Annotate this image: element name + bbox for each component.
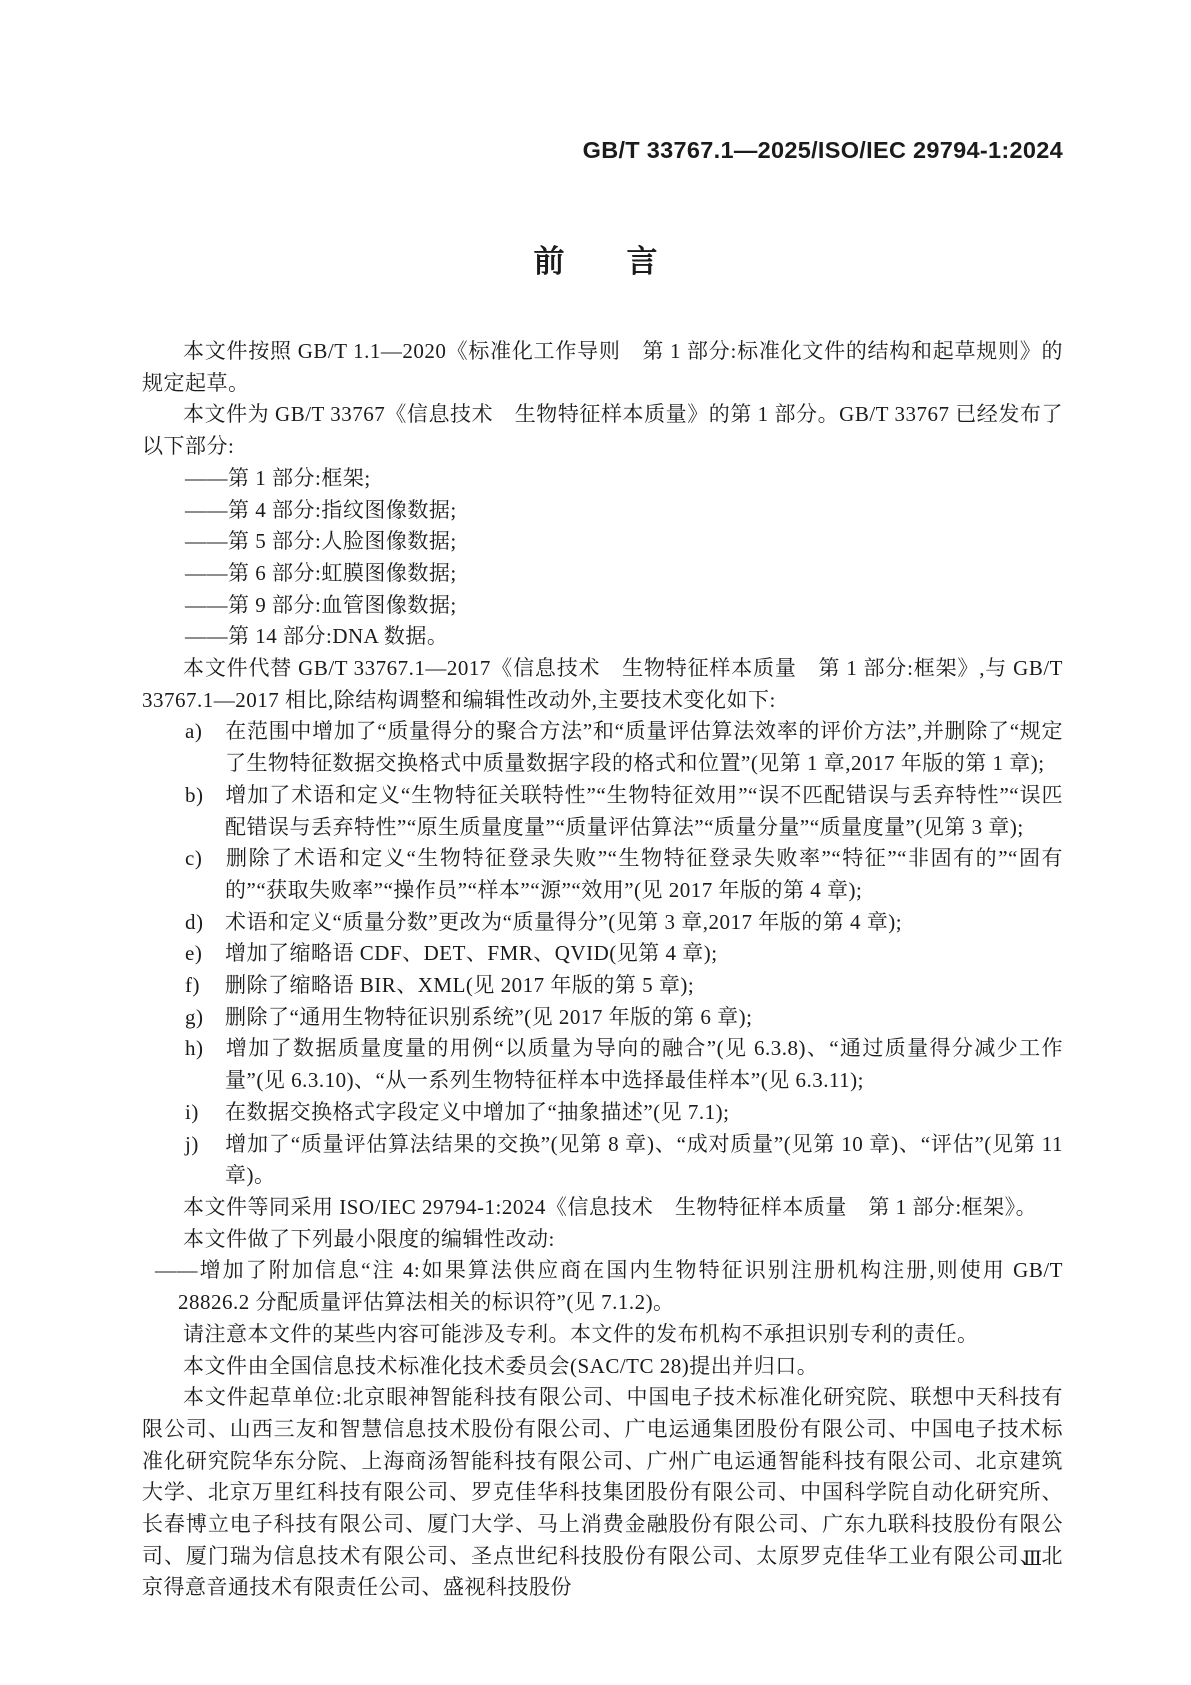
- dash-list-item: ——第 9 部分:血管图像数据;: [142, 590, 1063, 622]
- list-item-text: 增加了缩略语 CDF、DET、FMR、QVID(见第 4 章);: [225, 941, 718, 965]
- lettered-list-item: d)术语和定义“质量分数”更改为“质量得分”(见第 3 章,2017 年版的第 …: [142, 907, 1063, 939]
- list-item-label: c): [185, 843, 225, 875]
- lettered-list-item: i)在数据交换格式字段定义中增加了“抽象描述”(见 7.1);: [142, 1097, 1063, 1129]
- standard-number-header: GB/T 33767.1—2025/ISO/IEC 29794-1:2024: [142, 137, 1063, 164]
- paragraph: 本文件做了下列最小限度的编辑性改动:: [142, 1224, 1063, 1256]
- lettered-list-item: a)在范围中增加了“质量得分的聚合方法”和“质量评估算法效率的评价方法”,并删除…: [142, 716, 1063, 779]
- lettered-list-item: b)增加了术语和定义“生物特征关联特性”“生物特征效用”“误不匹配错误与丢弃特性…: [142, 780, 1063, 843]
- list-item-text: 在数据交换格式字段定义中增加了“抽象描述”(见 7.1);: [225, 1100, 729, 1124]
- list-item-text: 在范围中增加了“质量得分的聚合方法”和“质量评估算法效率的评价方法”,并删除了“…: [225, 719, 1063, 775]
- list-item-text: 增加了数据质量度量的用例“以质量为导向的融合”(见 6.3.8)、“通过质量得分…: [225, 1036, 1063, 1092]
- lettered-list-item: j)增加了“质量评估算法结果的交换”(见第 8 章)、“成对质量”(见第 10 …: [142, 1129, 1063, 1192]
- lettered-list-item: h)增加了数据质量度量的用例“以质量为导向的融合”(见 6.3.8)、“通过质量…: [142, 1033, 1063, 1096]
- list-item-label: a): [185, 716, 225, 748]
- list-item-label: j): [185, 1129, 225, 1161]
- list-item-text: 删除了缩略语 BIR、XML(见 2017 年版的第 5 章);: [225, 973, 694, 997]
- list-item-label: i): [185, 1097, 225, 1129]
- list-item-text: 术语和定义“质量分数”更改为“质量得分”(见第 3 章,2017 年版的第 4 …: [225, 910, 902, 934]
- paragraph: 本文件为 GB/T 33767《信息技术 生物特征样本质量》的第 1 部分。GB…: [142, 399, 1063, 462]
- list-item-label: f): [185, 970, 225, 1002]
- page-number: Ⅲ: [142, 1546, 1042, 1571]
- document-page: GB/T 33767.1—2025/ISO/IEC 29794-1:2024 前…: [0, 0, 1191, 1685]
- dash-list-item: ——第 1 部分:框架;: [142, 463, 1063, 495]
- paragraph: 本文件代替 GB/T 33767.1—2017《信息技术 生物特征样本质量 第 …: [142, 653, 1063, 716]
- list-item-text: 增加了“质量评估算法结果的交换”(见第 8 章)、“成对质量”(见第 10 章)…: [225, 1132, 1063, 1188]
- dash-list-item: ——第 5 部分:人脸图像数据;: [142, 526, 1063, 558]
- foreword-body: 本文件按照 GB/T 1.1—2020《标准化工作导则 第 1 部分:标准化文件…: [142, 336, 1063, 1604]
- list-item-text: 增加了术语和定义“生物特征关联特性”“生物特征效用”“误不匹配错误与丢弃特性”“…: [225, 783, 1063, 839]
- lettered-list-item: e)增加了缩略语 CDF、DET、FMR、QVID(见第 4 章);: [142, 938, 1063, 970]
- list-item-text: 删除了术语和定义“生物特征登录失败”“生物特征登录失败率”“特征”“非固有的”“…: [225, 846, 1063, 902]
- paragraph: 本文件由全国信息技术标准化技术委员会(SAC/TC 28)提出并归口。: [142, 1351, 1063, 1383]
- dash-list-item: ——增加了附加信息“注 4:如果算法供应商在国内生物特征识别注册机构注册,则使用…: [142, 1255, 1063, 1318]
- paragraph: 请注意本文件的某些内容可能涉及专利。本文件的发布机构不承担识别专利的责任。: [142, 1319, 1063, 1351]
- list-item-label: b): [185, 780, 225, 812]
- paragraph: 本文件按照 GB/T 1.1—2020《标准化工作导则 第 1 部分:标准化文件…: [142, 336, 1063, 399]
- list-item-label: g): [185, 1002, 225, 1034]
- foreword-title: 前 言: [0, 243, 1191, 281]
- dash-list-item: ——第 4 部分:指纹图像数据;: [142, 495, 1063, 527]
- list-item-label: e): [185, 938, 225, 970]
- lettered-list-item: c)删除了术语和定义“生物特征登录失败”“生物特征登录失败率”“特征”“非固有的…: [142, 843, 1063, 906]
- paragraph: 本文件等同采用 ISO/IEC 29794-1:2024《信息技术 生物特征样本…: [142, 1192, 1063, 1224]
- dash-list-item: ——第 6 部分:虹膜图像数据;: [142, 558, 1063, 590]
- lettered-list-item: g)删除了“通用生物特征识别系统”(见 2017 年版的第 6 章);: [142, 1002, 1063, 1034]
- list-item-label: h): [185, 1033, 225, 1065]
- list-item-label: d): [185, 907, 225, 939]
- dash-list-item: ——第 14 部分:DNA 数据。: [142, 621, 1063, 653]
- list-item-text: 删除了“通用生物特征识别系统”(见 2017 年版的第 6 章);: [225, 1005, 752, 1029]
- lettered-list-item: f)删除了缩略语 BIR、XML(见 2017 年版的第 5 章);: [142, 970, 1063, 1002]
